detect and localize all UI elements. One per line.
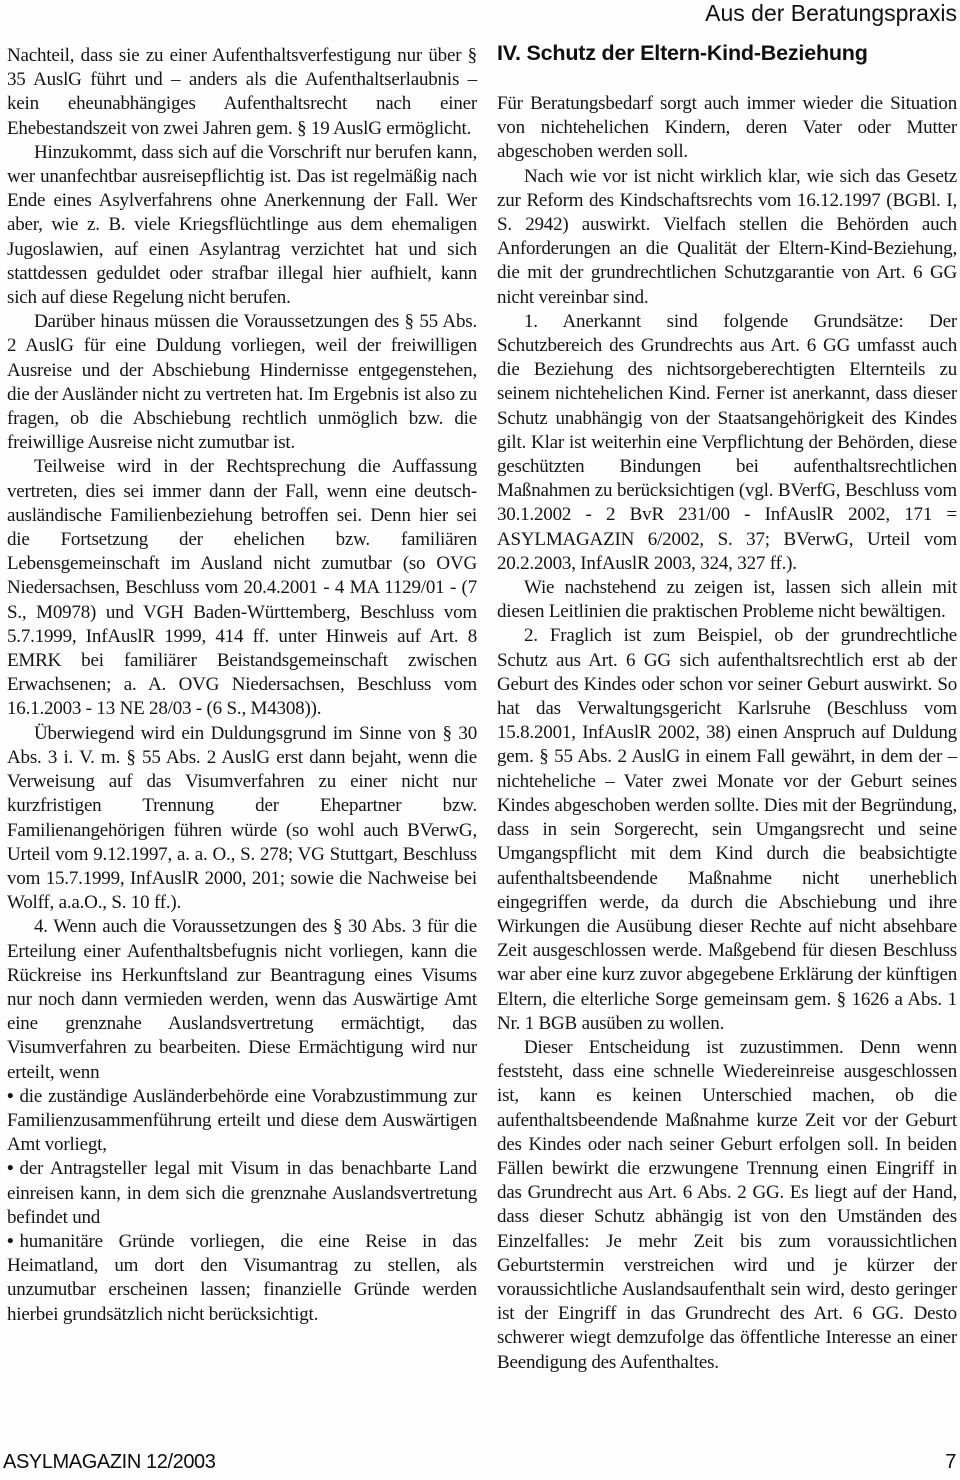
right-column-paragraphs: Für Beratungsbedarf sorgt auch immer wie…: [497, 92, 957, 1375]
page-footer: ASYLMAGAZIN 12/2003 7: [3, 1451, 956, 1474]
bullet-item: •die zuständige Ausländerbehörde eine Vo…: [7, 1085, 477, 1158]
journal-name: ASYLMAGAZIN 12/2003: [3, 1451, 216, 1474]
running-head: Aus der Beratungspraxis: [497, 0, 957, 26]
paragraph: Dieser Entscheidung ist zuzustimmen. Den…: [497, 1036, 957, 1375]
paragraph: Nach wie vor ist nicht wirklich klar, wi…: [497, 165, 957, 310]
paragraph: 4. Wenn auch die Voraussetzungen des § 3…: [7, 915, 477, 1084]
bullet-icon: •: [7, 1231, 13, 1252]
journal-page: Aus der Beratungspraxis Nachteil, dass s…: [0, 0, 960, 1480]
left-column-paragraphs: Nachteil, dass sie zu einer Aufenthaltsv…: [7, 44, 477, 1327]
paragraph: Hinzukommt, dass sich auf die Vorschrift…: [7, 141, 477, 310]
paragraph: Darüber hinaus müssen die Voraussetzunge…: [7, 310, 477, 455]
bullet-icon: •: [7, 1086, 13, 1107]
page-number: 7: [945, 1451, 956, 1474]
paragraph: 2. Fraglich ist zum Beispiel, ob der gru…: [497, 624, 957, 1035]
paragraph: Wie nachstehend zu zeigen ist, lassen si…: [497, 576, 957, 624]
paragraph: Für Beratungsbedarf sorgt auch immer wie…: [497, 92, 957, 165]
section-heading: IV. Schutz der Eltern-Kind-Beziehung: [497, 41, 957, 65]
paragraph: Überwiegend wird ein Duldungsgrund im Si…: [7, 722, 477, 916]
left-column: Nachteil, dass sie zu einer Aufenthaltsv…: [7, 44, 477, 1327]
paragraph: 1. Anerkannt sind folgende Grundsätze: D…: [497, 310, 957, 576]
right-column: IV. Schutz der Eltern-Kind-Beziehung Für…: [497, 41, 957, 1375]
paragraph: Teilweise wird in der Rechtsprechung die…: [7, 455, 477, 721]
bullet-item: •humanitäre Gründe vorliegen, die eine R…: [7, 1230, 477, 1327]
bullet-icon: •: [7, 1158, 13, 1179]
paragraph: Nachteil, dass sie zu einer Aufenthaltsv…: [7, 44, 477, 141]
bullet-item: •der Antragsteller legal mit Visum in da…: [7, 1157, 477, 1230]
